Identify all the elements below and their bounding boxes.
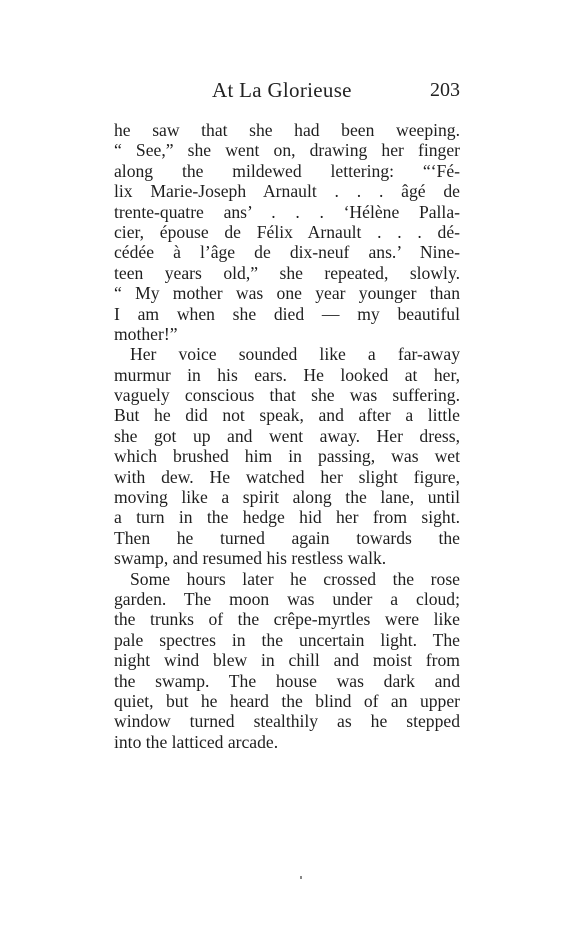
text-line: But he did not speak, and after a little — [114, 405, 460, 425]
text-line: “ See,” she went on, drawing her finger — [114, 140, 460, 160]
text-line: “ My mother was one year younger than — [114, 283, 460, 303]
text-line: vaguely conscious that she was suffering… — [114, 385, 460, 405]
text-line: Then he turned again towards the — [114, 528, 460, 548]
text-line: window turned stealthily as he stepped — [114, 711, 460, 731]
text-line: pale spectres in the uncertain light. Th… — [114, 630, 460, 650]
text-line: Some hours later he crossed the rose — [114, 569, 460, 589]
running-title: At La Glorieuse — [212, 78, 352, 103]
text-line: a turn in the hedge hid her from sight. — [114, 507, 460, 527]
text-line: lix Marie-Joseph Arnault . . . âgé de — [114, 181, 460, 201]
text-line: which brushed him in passing, was wet — [114, 446, 460, 466]
text-line: the swamp. The house was dark and — [114, 671, 460, 691]
text-line: quiet, but he heard the blind of an uppe… — [114, 691, 460, 711]
text-line: cier, épouse de Félix Arnault . . . dé- — [114, 222, 460, 242]
paragraph: he saw that she had been weeping. “ See,… — [114, 120, 460, 344]
text-line: garden. The moon was under a cloud; — [114, 589, 460, 609]
text-line: into the latticed arcade. — [114, 732, 460, 752]
page-number: 203 — [430, 79, 460, 102]
text-line: trente-quatre ans’ . . . ‘Hélène Palla- — [114, 202, 460, 222]
paragraph: Her voice sounded like a far-away murmur… — [114, 344, 460, 568]
text-line: cédée à l’âge de dix-neuf ans.’ Nine- — [114, 242, 460, 262]
text-line: the trunks of the crêpe-myrtles were lik… — [114, 609, 460, 629]
printer-mark — [300, 876, 302, 879]
text-line: moving like a spirit along the lane, unt… — [114, 487, 460, 507]
book-page: At La Glorieuse 203 he saw that she had … — [0, 0, 575, 940]
text-line: with dew. He watched her slight figure, — [114, 467, 460, 487]
paragraph: Some hours later he crossed the rose gar… — [114, 569, 460, 753]
text-line: mother!” — [114, 324, 460, 344]
text-line: he saw that she had been weeping. — [114, 120, 460, 140]
body-text: he saw that she had been weeping. “ See,… — [114, 120, 460, 752]
text-line: along the mildewed lettering: “‘Fé- — [114, 161, 460, 181]
text-line: I am when she died — my beautiful — [114, 304, 460, 324]
text-line: she got up and went away. Her dress, — [114, 426, 460, 446]
text-line: murmur in his ears. He looked at her, — [114, 365, 460, 385]
running-head: At La Glorieuse 203 — [114, 78, 460, 104]
text-line: teen years old,” she repeated, slowly. — [114, 263, 460, 283]
text-line: swamp, and resumed his restless walk. — [114, 548, 460, 568]
text-line: night wind blew in chill and moist from — [114, 650, 460, 670]
text-line: Her voice sounded like a far-away — [114, 344, 460, 364]
